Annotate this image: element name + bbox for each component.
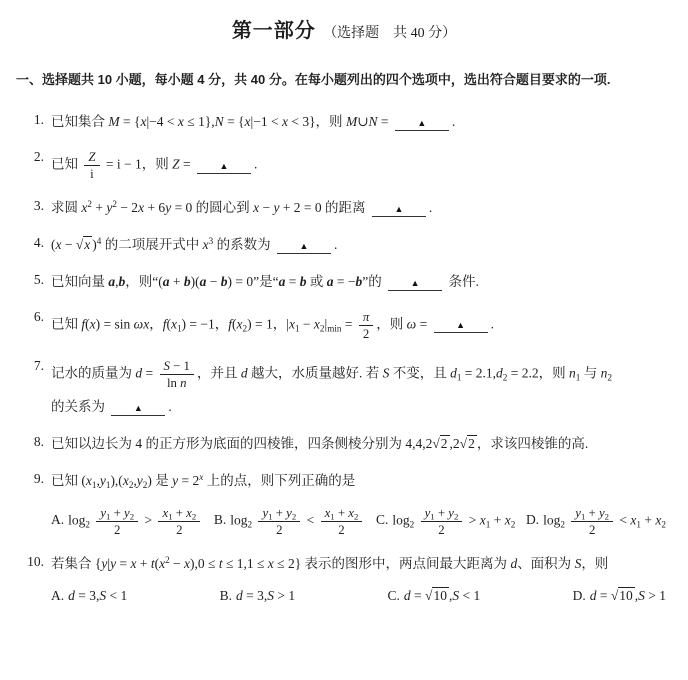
option-item: D.d = √10,S > 1 <box>573 588 666 604</box>
question-text: 记水的质量为 d = S − 1ln n，并且 d 越大，水质量越好. 若 S … <box>51 358 672 391</box>
option-item: A.log2 y1 + y22 > x1 + x22 <box>51 505 203 538</box>
fraction-numerator: π <box>359 309 373 326</box>
option-label: A. <box>51 512 64 527</box>
option-label: B. <box>214 512 226 527</box>
section-title: 第一部分 <box>232 20 316 42</box>
fraction: x1 + x22 <box>158 505 200 538</box>
option-label: C. <box>376 512 388 527</box>
fraction: x1 + x22 <box>321 505 363 538</box>
fraction-denominator: i <box>86 166 98 182</box>
answer-blank: ▲ <box>372 205 426 217</box>
question-body: 已知 Zi = i − 1，则 Z = ▲. <box>51 149 672 182</box>
question-body: 已知向量 a,b，则“(a + b)(a − b) = 0”是“a = b 或 … <box>51 272 672 293</box>
question-text: 已知集合 M = {x|−4 < x ≤ 1},N = {x|−1 < x < … <box>51 112 672 133</box>
question-number: 1. <box>16 112 44 133</box>
question-item: 4.(x − √x)4 的二项展开式中 x3 的系数为 ▲. <box>16 235 672 256</box>
question-item: 2.已知 Zi = i − 1，则 Z = ▲. <box>16 149 672 182</box>
answer-blank: ▲ <box>277 242 331 254</box>
answer-blank: ▲ <box>197 162 251 174</box>
question-body: 求圆 x2 + y2 − 2x + 6y = 0 的圆心到 x − y + 2 … <box>51 198 672 219</box>
question-body: 若集合 {y|y = x + t(x2 − x),0 ≤ t ≤ 1,1 ≤ x… <box>51 554 672 604</box>
question-item: 7.记水的质量为 d = S − 1ln n，并且 d 越大，水质量越好. 若 … <box>16 358 672 418</box>
option-label: A. <box>51 588 64 603</box>
answer-blank: ▲ <box>111 404 165 416</box>
question-item: 6.已知 f(x) = sin ωx，f(x1) = −1，f(x2) = 1，… <box>16 309 672 342</box>
option-label: D. <box>526 512 539 527</box>
option-label: B. <box>220 588 232 603</box>
fraction-numerator: y1 + y2 <box>421 505 463 522</box>
question-list: 1.已知集合 M = {x|−4 < x ≤ 1},N = {x|−1 < x … <box>16 112 672 604</box>
question-text: 的关系为 ▲. <box>51 397 672 418</box>
question-number: 4. <box>16 235 44 256</box>
radical-icon: √ <box>460 436 467 451</box>
question-text: 已知向量 a,b，则“(a + b)(a − b) = 0”是“a = b 或 … <box>51 272 672 293</box>
fraction: y1 + y22 <box>96 505 138 538</box>
sqrt-expression: √10 <box>611 587 635 603</box>
fraction-numerator: x1 + x2 <box>158 505 200 522</box>
fraction-denominator: 2 <box>272 522 286 538</box>
question-item: 9.已知 (x1,y1),(x2,y2) 是 y = 2x 上的点，则下列正确的… <box>16 471 672 538</box>
question-item: 1.已知集合 M = {x|−4 < x ≤ 1},N = {x|−1 < x … <box>16 112 672 133</box>
fraction-denominator: ln n <box>163 375 191 391</box>
fraction: y1 + y22 <box>571 505 613 538</box>
option-item: A.d = 3,S < 1 <box>51 588 127 604</box>
radicand: x <box>83 236 92 252</box>
fraction-denominator: 2 <box>434 522 448 538</box>
radicand: 10 <box>432 587 449 603</box>
fraction-numerator: S − 1 <box>160 358 194 375</box>
fraction-numerator: y1 + y2 <box>571 505 613 522</box>
fraction-numerator: y1 + y2 <box>96 505 138 522</box>
answer-blank: ▲ <box>395 119 449 131</box>
question-body: 已知集合 M = {x|−4 < x ≤ 1},N = {x|−1 < x < … <box>51 112 672 133</box>
section-subtitle: （选择题 共 40 分） <box>323 26 456 41</box>
fraction: y1 + y22 <box>421 505 463 538</box>
fraction-denominator: 2 <box>334 522 348 538</box>
question-item: 5.已知向量 a,b，则“(a + b)(a − b) = 0”是“a = b … <box>16 272 672 293</box>
sqrt-expression: √2 <box>432 435 449 451</box>
sqrt-expression: √10 <box>425 587 449 603</box>
question-body: (x − √x)4 的二项展开式中 x3 的系数为 ▲. <box>51 235 672 256</box>
section-instruction: 一、选择题共 10 小题，每小题 4 分，共 40 分。在每小题列出的四个选项中… <box>16 69 672 88</box>
question-number: 7. <box>16 358 44 418</box>
sqrt-expression: √2 <box>460 435 477 451</box>
option-row: A.log2 y1 + y22 > x1 + x22B.log2 y1 + y2… <box>51 505 672 538</box>
question-number: 2. <box>16 149 44 182</box>
sqrt-expression: √x <box>76 236 92 252</box>
question-item: 8.已知以边长为 4 的正方形为底面的四棱锥，四条侧棱分别为 4,4,2√2,2… <box>16 434 672 455</box>
option-item: B.d = 3,S > 1 <box>220 588 296 604</box>
fraction: Zi <box>84 149 99 182</box>
question-item: 10.若集合 {y|y = x + t(x2 − x),0 ≤ t ≤ 1,1 … <box>16 554 672 604</box>
question-number: 9. <box>16 471 44 538</box>
fraction-numerator: y1 + y2 <box>258 505 300 522</box>
answer-blank: ▲ <box>388 279 442 291</box>
radical-icon: √ <box>432 436 439 451</box>
question-text: 若集合 {y|y = x + t(x2 − x),0 ≤ t ≤ 1,1 ≤ x… <box>51 554 672 575</box>
option-label: C. <box>388 588 400 603</box>
question-text: 已知 f(x) = sin ωx，f(x1) = −1，f(x2) = 1，|x… <box>51 309 672 342</box>
question-body: 记水的质量为 d = S − 1ln n，并且 d 越大，水质量越好. 若 S … <box>51 358 672 418</box>
question-item: 3.求圆 x2 + y2 − 2x + 6y = 0 的圆心到 x − y + … <box>16 198 672 219</box>
fraction-denominator: 2 <box>110 522 124 538</box>
fraction-numerator: x1 + x2 <box>321 505 363 522</box>
option-label: D. <box>573 588 586 603</box>
fraction: π2 <box>359 309 373 342</box>
question-body: 已知 (x1,y1),(x2,y2) 是 y = 2x 上的点，则下列正确的是A… <box>51 471 672 538</box>
fraction: y1 + y22 <box>258 505 300 538</box>
answer-blank: ▲ <box>434 321 488 333</box>
fraction-numerator: Z <box>84 149 99 166</box>
question-text: 已知 (x1,y1),(x2,y2) 是 y = 2x 上的点，则下列正确的是 <box>51 471 672 492</box>
question-number: 6. <box>16 309 44 342</box>
fraction: S − 1ln n <box>160 358 194 391</box>
question-body: 已知以边长为 4 的正方形为底面的四棱锥，四条侧棱分别为 4,4,2√2,2√2… <box>51 434 672 455</box>
radicand: 2 <box>440 435 450 451</box>
option-item: B.log2 y1 + y22 < x1 + x22 <box>214 505 365 538</box>
question-number: 10. <box>16 554 44 604</box>
page-title: 第一部分 （选择题 共 40 分） <box>16 14 672 43</box>
fraction-denominator: 2 <box>585 522 599 538</box>
fraction-denominator: 2 <box>172 522 186 538</box>
exam-page: 第一部分 （选择题 共 40 分） 一、选择题共 10 小题，每小题 4 分，共… <box>0 0 688 680</box>
question-text: 求圆 x2 + y2 − 2x + 6y = 0 的圆心到 x − y + 2 … <box>51 198 672 219</box>
question-text: (x − √x)4 的二项展开式中 x3 的系数为 ▲. <box>51 235 672 256</box>
option-row: A.d = 3,S < 1B.d = 3,S > 1C.d = √10,S < … <box>51 588 672 604</box>
question-number: 5. <box>16 272 44 293</box>
option-item: C.d = √10,S < 1 <box>388 588 481 604</box>
radicand: 10 <box>618 587 635 603</box>
question-number: 8. <box>16 434 44 455</box>
option-item: C.log2 y1 + y22 > x1 + x2 <box>376 505 515 538</box>
fraction-denominator: 2 <box>359 326 373 342</box>
question-body: 已知 f(x) = sin ωx，f(x1) = −1，f(x2) = 1，|x… <box>51 309 672 342</box>
radicand: 2 <box>467 435 477 451</box>
question-text: 已知以边长为 4 的正方形为底面的四棱锥，四条侧棱分别为 4,4,2√2,2√2… <box>51 434 672 455</box>
question-number: 3. <box>16 198 44 219</box>
option-item: D.log2 y1 + y22 < x1 + x2 <box>526 505 666 538</box>
question-text: 已知 Zi = i − 1，则 Z = ▲. <box>51 149 672 182</box>
